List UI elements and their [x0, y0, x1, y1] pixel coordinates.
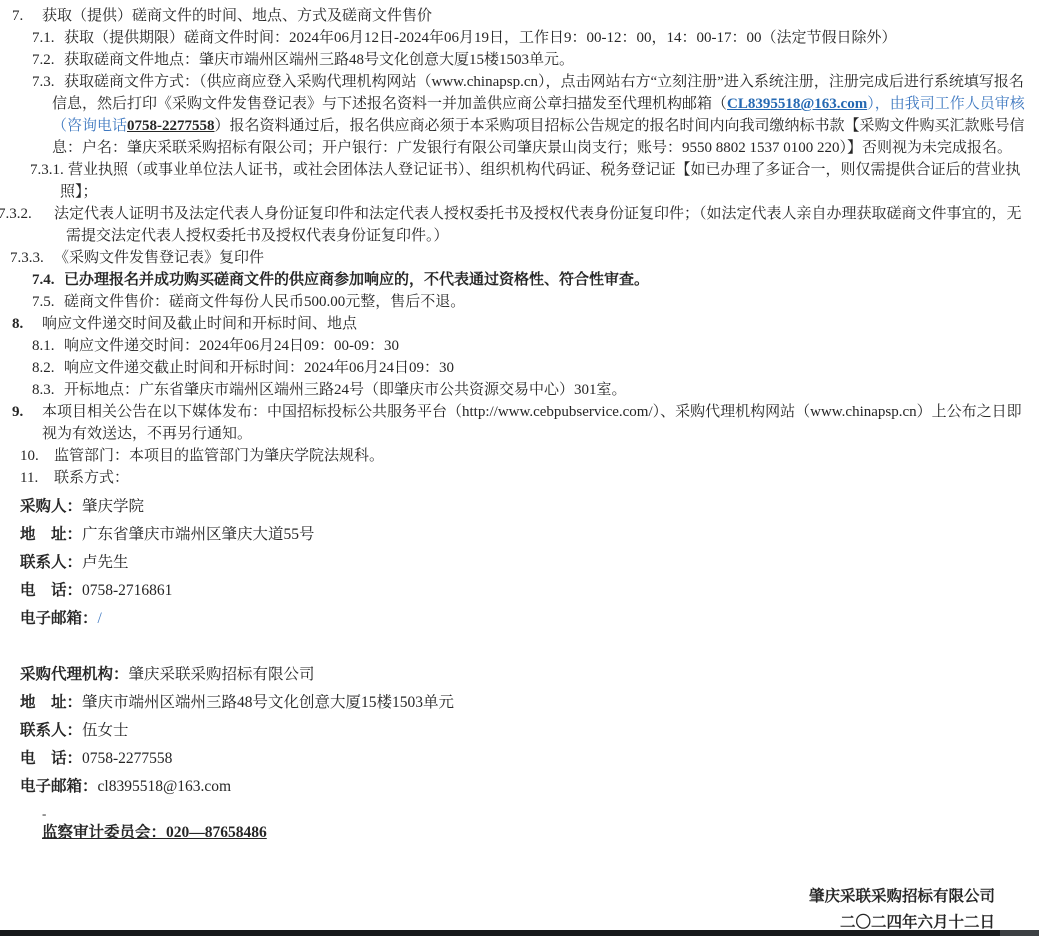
item-text: 监管部门：本项目的监管部门为肇庆学院法规科。 [54, 448, 384, 464]
supervision-committee-line: 监察审计委员会：020—87658486 [2, 822, 1033, 844]
list-item-7-2: 7.2.获取磋商文件地点：肇庆市端州区端州三路48号文化创意大厦15楼1503单… [2, 49, 1033, 71]
purchaser-contact-value: / [98, 610, 102, 627]
item-number: 7.2. [20, 49, 55, 71]
item-number: 11. [20, 467, 38, 489]
signature-company: 肇庆采联采购招标有限公司 [809, 884, 995, 910]
item-number: 7.5. [20, 291, 55, 313]
purchaser-contact-row: 电子邮箱：/ [2, 605, 1033, 633]
purchaser-contact-label: 采购人： [20, 498, 82, 515]
item-text: 获取磋商文件地点：肇庆市端州区端州三路48号文化创意大厦15楼1503单元。 [64, 52, 574, 68]
list-item-8: 8.响应文件递交时间及截止时间和开标时间、地点 [2, 313, 1033, 335]
item-text: 法定代表人证明书及法定代表人身份证复印件和法定代表人授权委托书及授权代表身份证复… [54, 206, 1022, 244]
agency-contact-value: 0758-2277558 [82, 750, 172, 767]
agency-contact-label: 电 话： [20, 750, 82, 767]
item-text: 响应文件递交时间及截止时间和开标时间、地点 [42, 316, 357, 332]
item-number: 8. [12, 313, 23, 335]
item-number: 7.3.1. [22, 159, 64, 181]
dash-mark: - [2, 807, 1033, 820]
purchaser-contact-row: 联系人：卢先生 [2, 549, 1033, 577]
item-text: 联系方式： [54, 470, 129, 486]
purchaser-contact-row: 地 址：广东省肇庆市端州区肇庆大道55号 [2, 521, 1033, 549]
item-text: 已办理报名并成功购买磋商文件的供应商参加响应的，不代表通过资格性、符合性审查。 [64, 272, 649, 288]
item-number: 9. [12, 401, 23, 423]
purchaser-contact-label: 电 话： [20, 582, 82, 599]
agency-contact-row: 地 址：肇庆市端州区端州三路48号文化创意大厦15楼1503单元 [2, 689, 1033, 717]
item-number: 7.3. [20, 71, 55, 93]
list-item-7-4: 7.4.已办理报名并成功购买磋商文件的供应商参加响应的，不代表通过资格性、符合性… [2, 269, 1033, 291]
list-item-8-2: 8.2.响应文件递交截止时间和开标时间：2024年06月24日09：30 [2, 357, 1033, 379]
agency-contact-value: 肇庆市端州区端州三路48号文化创意大厦15楼1503单元 [82, 694, 454, 711]
item-text: 营业执照（或事业单位法人证书，或社会团体法人登记证书）、组织机构代码证、税务登记… [60, 162, 1021, 200]
agency-contact-block: 采购代理机构：肇庆采联采购招标有限公司地 址：肇庆市端州区端州三路48号文化创意… [2, 661, 1033, 801]
item-number: 7.3.3. [10, 247, 44, 269]
list-item-8-3: 8.3.开标地点：广东省肇庆市端州区端州三路24号（即肇庆市公共资源交易中心）3… [2, 379, 1033, 401]
bottom-border-corner [1000, 930, 1039, 936]
agency-contact-value: 肇庆采联采购招标有限公司 [129, 666, 315, 683]
list-item-7-3: 7.3.获取磋商文件方式：（供应商应登入采购代理机构网站（www.chinaps… [2, 71, 1033, 159]
list-item-7: 7.获取（提供）磋商文件的时间、地点、方式及磋商文件售价 [2, 5, 1033, 27]
supervision-phone: 020—87658486 [166, 824, 267, 841]
item-text: 响应文件递交时间：2024年06月24日09：00-09：30 [64, 338, 399, 354]
list-item-7-1: 7.1.获取（提供期限）磋商文件时间：2024年06月12日-2024年06月1… [2, 27, 1033, 49]
list-item-10: 10.监管部门：本项目的监管部门为肇庆学院法规科。 [2, 445, 1033, 467]
item-text: 《采购文件发售登记表》复印件 [54, 250, 264, 266]
purchaser-contact-value: 肇庆学院 [82, 498, 144, 515]
item-text: 本项目相关公告在以下媒体发布：中国招标投标公共服务平台（http://www.c… [42, 404, 1022, 442]
purchaser-contact-value: 广东省肇庆市端州区肇庆大道55号 [82, 526, 315, 543]
list-item-8-1: 8.1.响应文件递交时间：2024年06月24日09：00-09：30 [2, 335, 1033, 357]
agency-contact-row: 联系人：伍女士 [2, 717, 1033, 745]
list-item-7-3-3: 7.3.3.《采购文件发售登记表》复印件 [2, 247, 1033, 269]
item-text: 磋商文件售价：磋商文件每份人民币500.00元整，售后不退。 [64, 294, 465, 310]
supervision-label: 监察审计委员会： [42, 824, 166, 841]
item-number: 7.4. [20, 269, 55, 291]
item-number: 10. [20, 445, 39, 467]
purchaser-contact-row: 采购人：肇庆学院 [2, 493, 1033, 521]
item-text: 开标地点：广东省肇庆市端州区端州三路24号（即肇庆市公共资源交易中心）301室。 [64, 382, 627, 398]
signature-block: 肇庆采联采购招标有限公司 二〇二四年六月十二日 [809, 884, 995, 936]
item-text: 0758-2277558 [127, 118, 215, 134]
agency-contact-value: 伍女士 [82, 722, 129, 739]
agency-contact-row: 电 话：0758-2277558 [2, 745, 1033, 773]
list-item-7-5: 7.5.磋商文件售价：磋商文件每份人民币500.00元整，售后不退。 [2, 291, 1033, 313]
agency-contact-value: cl8395518@163.com [98, 778, 232, 795]
agency-contact-label: 采购代理机构： [20, 666, 129, 683]
purchaser-contact-value: 0758-2716861 [82, 582, 172, 599]
agency-contact-label: 联系人： [20, 722, 82, 739]
agency-contact-label: 地 址： [20, 694, 82, 711]
bottom-border-bar [0, 930, 1039, 936]
purchaser-contact-label: 地 址： [20, 526, 82, 543]
list-item-7-3-2: 7.3.2.法定代表人证明书及法定代表人身份证复印件和法定代表人授权委托书及授权… [2, 203, 1033, 247]
purchaser-contact-value: 卢先生 [82, 554, 129, 571]
list-item-9: 9.本项目相关公告在以下媒体发布：中国招标投标公共服务平台（http://www… [2, 401, 1033, 445]
purchaser-contact-label: 联系人： [20, 554, 82, 571]
notice-list: 7.获取（提供）磋商文件的时间、地点、方式及磋商文件售价7.1.获取（提供期限）… [2, 5, 1033, 489]
list-item-11: 11.联系方式： [2, 467, 1033, 489]
item-number: 7.1. [20, 27, 55, 49]
email-link[interactable]: CL8395518@163.com [727, 96, 867, 112]
agency-contact-label: 电子邮箱： [20, 778, 98, 795]
item-number: 7.3.2. [10, 203, 32, 225]
item-number: 8.1. [20, 335, 55, 357]
agency-contact-row: 采购代理机构：肇庆采联采购招标有限公司 [2, 661, 1033, 689]
item-text: 获取（提供期限）磋商文件时间：2024年06月12日-2024年06月19日，工… [64, 30, 897, 46]
agency-contact-row: 电子邮箱：cl8395518@163.com [2, 773, 1033, 801]
item-text: 响应文件递交截止时间和开标时间：2024年06月24日09：30 [64, 360, 454, 376]
item-number: 8.2. [20, 357, 55, 379]
item-number: 8.3. [20, 379, 55, 401]
purchaser-contact-row: 电 话：0758-2716861 [2, 577, 1033, 605]
item-text: 获取（提供）磋商文件的时间、地点、方式及磋商文件售价 [42, 8, 432, 24]
list-item-7-3-1: 7.3.1.营业执照（或事业单位法人证书，或社会团体法人登记证书）、组织机构代码… [2, 159, 1033, 203]
notice-document: 7.获取（提供）磋商文件的时间、地点、方式及磋商文件售价7.1.获取（提供期限）… [0, 0, 1039, 844]
item-number: 7. [12, 5, 23, 27]
purchaser-contact-block: 采购人：肇庆学院地 址：广东省肇庆市端州区肇庆大道55号联系人：卢先生电 话：0… [2, 493, 1033, 633]
purchaser-contact-label: 电子邮箱： [20, 610, 98, 627]
